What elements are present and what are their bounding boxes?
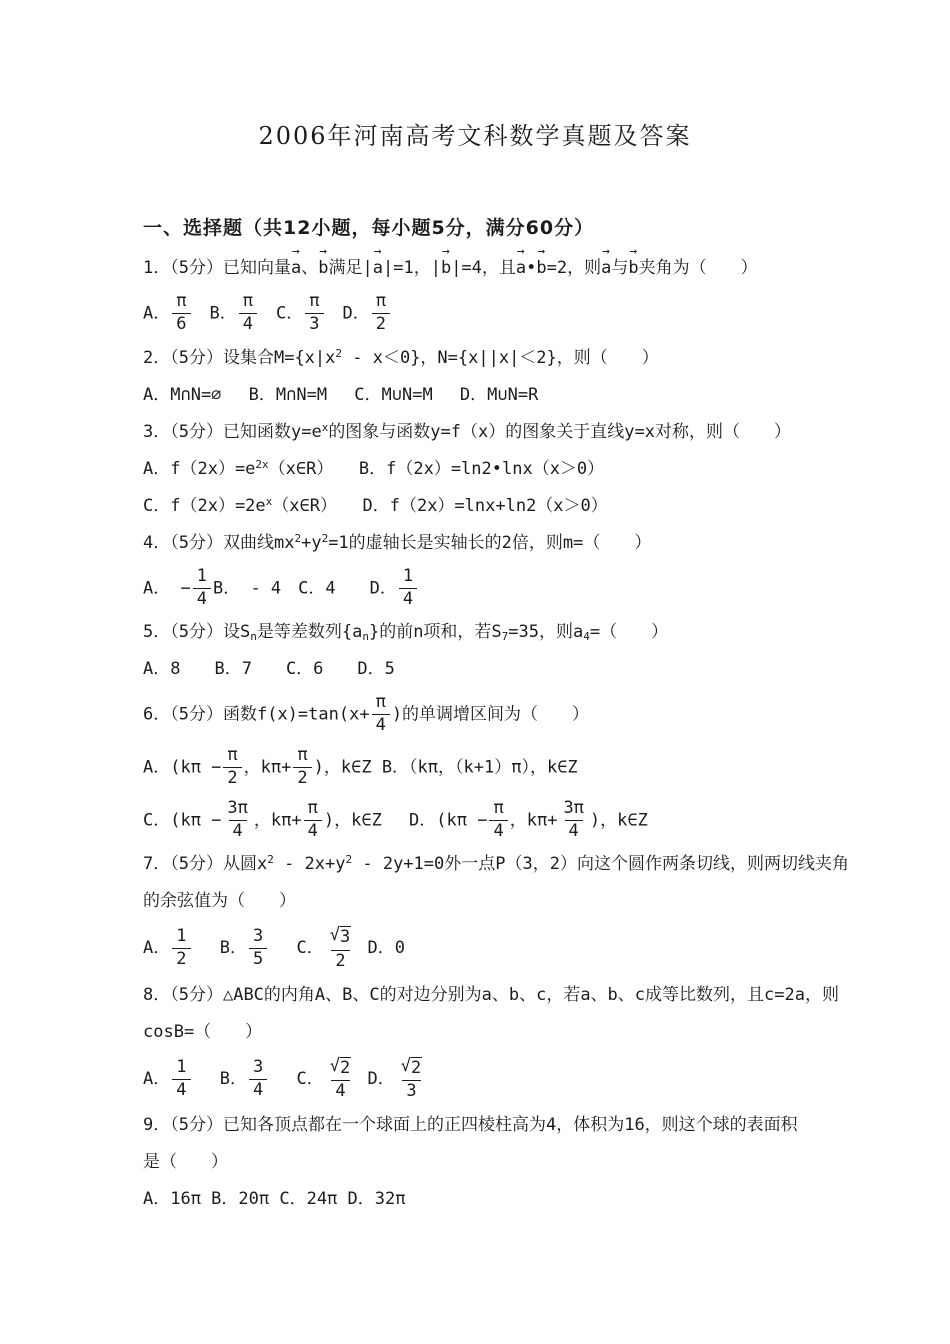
question-5: 5．（5分）设Sn是等差数列{an}的前n项和，若S7=35，则a4=（ ）A．… <box>143 620 895 682</box>
radicand: 2 <box>340 1057 351 1079</box>
text-run: 与 <box>611 258 628 278</box>
fraction-denominator: 3 <box>402 1080 420 1101</box>
text-run: - 2x+y <box>274 854 346 874</box>
text-run: 4．（5分）双曲线mx <box>143 533 294 553</box>
question-line: C．(kπ −3π4，kπ+π4)，k∈Z D．(kπ −π4，kπ+3π4)，… <box>143 800 895 841</box>
fraction-denominator: 2 <box>372 313 390 334</box>
question-line: 5．（5分）设Sn是等差数列{an}的前n项和，若S7=35，则a4=（ ） <box>143 620 895 645</box>
fraction: 3π4 <box>559 800 587 841</box>
text-run: 9．（5分）已知各顶点都在一个球面上的正四棱柱高为4，体积为16，则这个球的表面… <box>143 1115 798 1135</box>
vector: →b <box>318 256 328 281</box>
question-line: A．π6 B．π4 C．π3 D．π2 <box>143 293 895 334</box>
fraction-numerator: π <box>304 800 322 820</box>
fraction-denominator: 4 <box>229 820 247 841</box>
text-run: B． <box>193 939 247 959</box>
question-line: 9．（5分）已知各顶点都在一个球面上的正四棱柱高为4，体积为16，则这个球的表面… <box>143 1113 895 1138</box>
question-line: 3．（5分）已知函数y=ex的图象与函数y=f（x）的图象关于直线y=x对称，则… <box>143 420 895 445</box>
fraction-numerator: π <box>372 694 390 714</box>
question-line: A．14 B．34 C．√24 D．√23 <box>143 1057 895 1101</box>
vector: →a <box>601 256 611 281</box>
text-run: 满足| <box>328 258 372 278</box>
question-line: 1．（5分）已知向量→a、→b满足|→a|=1，|→b|=4，且→a•→b=2，… <box>143 256 895 281</box>
text-run: =（ ） <box>590 622 668 642</box>
question-line: 的余弦值为（ ） <box>143 889 895 914</box>
text-run: A． <box>143 303 170 323</box>
fraction-denominator: 6 <box>172 313 190 334</box>
text-run: cosB=（ ） <box>143 1022 262 1042</box>
fraction-numerator: √2 <box>397 1057 427 1081</box>
text-run: A．(kπ − <box>143 757 221 777</box>
fraction-numerator: π <box>172 293 190 313</box>
text-run: B． <box>193 303 237 323</box>
vector: →b <box>536 256 546 281</box>
vector-arrow-icon: → <box>517 246 525 259</box>
fraction-denominator: 4 <box>193 588 211 609</box>
fraction: 14 <box>172 1059 190 1100</box>
question-line: 2．（5分）设集合M={x|x2 - x＜0}，N={x||x|＜2}，则（ ） <box>143 346 895 371</box>
vector: →a <box>373 256 383 281</box>
text-run: A． − <box>143 578 191 598</box>
text-run: A． <box>143 939 170 959</box>
text-run: 夹角为（ ） <box>639 258 758 278</box>
fraction-numerator: π <box>239 293 257 313</box>
vector: →b <box>441 256 451 281</box>
text-run: )的单调增区间为（ ） <box>392 705 589 725</box>
fraction-numerator: π <box>223 747 241 767</box>
fraction: 12 <box>172 928 190 969</box>
fraction: π4 <box>489 800 507 841</box>
fraction: 34 <box>249 1059 267 1100</box>
text-run: A． <box>143 1069 170 1089</box>
vector: →a <box>291 256 301 281</box>
text-run: - x＜0}，N={x||x|＜2}，则（ ） <box>342 348 659 368</box>
question-3: 3．（5分）已知函数y=ex的图象与函数y=f（x）的图象关于直线y=x对称，则… <box>143 420 895 519</box>
fraction: √23 <box>397 1057 427 1101</box>
question-line: C．f（2x）=2ex（x∈R） D．f（2x）=lnx+ln2（x＞0） <box>143 494 895 519</box>
question-line: A．8 B．7 C．6 D．5 <box>143 657 895 682</box>
fraction: π4 <box>304 800 322 841</box>
fraction: π6 <box>172 293 190 334</box>
fraction-numerator: 1 <box>172 1059 190 1079</box>
text-run: 、 <box>301 258 318 278</box>
question-line: cosB=（ ） <box>143 1020 895 1045</box>
fraction-numerator: 3 <box>249 928 267 948</box>
text-run: 的图象与函数y=f（x）的图象关于直线y=x对称，则（ ） <box>328 422 791 442</box>
text-run: 是（ ） <box>143 1152 228 1172</box>
text-run: A．16π B．20π C．24π D．32π <box>143 1189 405 1209</box>
vector-arrow-icon: → <box>319 246 327 259</box>
fraction-numerator: 3π <box>223 800 251 820</box>
text-run: • <box>526 258 536 278</box>
vector-letter: b <box>318 258 328 278</box>
fraction-denominator: 2 <box>293 767 311 788</box>
question-line: A．16π B．20π C．24π D．32π <box>143 1187 895 1212</box>
radical-icon: √ <box>401 1057 411 1077</box>
question-4: 4．（5分）双曲线mx2+y2=1的虚轴长是实轴长的2倍，则m=（ ）A． −1… <box>143 531 895 609</box>
text-run: ，kπ+ <box>244 757 292 777</box>
text-run: D． <box>357 1069 394 1089</box>
text-run: )，k∈Z D．(kπ − <box>324 810 488 830</box>
text-run: C． <box>269 939 323 959</box>
text-run: )，k∈Z <box>590 810 648 830</box>
text-run: ，kπ+ <box>254 810 302 830</box>
fraction: √32 <box>326 926 356 970</box>
text-run: 1．（5分）已知向量 <box>143 258 291 278</box>
fraction-denominator: 4 <box>304 820 322 841</box>
text-run: =35，则a <box>508 622 583 642</box>
text-run: C． <box>269 1069 323 1089</box>
radical-icon: √ <box>330 926 340 946</box>
text-run: 8．（5分）△ABC的内角A、B、C的对边分别为a、b、c，若a、b、c成等比数… <box>143 985 839 1005</box>
vector: →a <box>516 256 526 281</box>
question-1: 1．（5分）已知向量→a、→b满足|→a|=1，|→b|=4，且→a•→b=2，… <box>143 256 895 334</box>
fraction-denominator: 4 <box>172 1079 190 1100</box>
text-run: C．f（2x）=2e <box>143 496 266 516</box>
fraction: π3 <box>305 293 323 334</box>
text-run: 3．（5分）已知函数y=e <box>143 422 322 442</box>
fraction-numerator: π <box>372 293 390 313</box>
question-line: A．(kπ −π2，kπ+π2)，k∈Z B．（kπ，（k+1）π），k∈Z <box>143 747 895 788</box>
text-run: 6．（5分）函数f(x)=tan(x+ <box>143 705 370 725</box>
fraction-denominator: 4 <box>399 588 417 609</box>
fraction-numerator: π <box>293 747 311 767</box>
fraction-denominator: 2 <box>172 948 190 969</box>
question-line: 7．（5分）从圆x2 - 2x+y2 - 2y+1=0外一点P（3，2）向这个圆… <box>143 852 895 877</box>
fraction-denominator: 4 <box>565 820 583 841</box>
text-run: - 2y+1=0外一点P（3，2）向这个圆作两条切线，则两切线夹角 <box>352 854 849 874</box>
text-run: D．0 <box>357 939 405 959</box>
fraction-numerator: √2 <box>326 1057 356 1081</box>
question-6: 6．（5分）函数f(x)=tan(x+π4)的单调增区间为（ ）A．(kπ −π… <box>143 694 895 840</box>
text-run: =1的虚轴长是实轴长的2倍，则m=（ ） <box>328 533 651 553</box>
text-run: A．M∩N=∅ B．M∩N=M C．M∪N=M D．M∪N=R <box>143 385 538 405</box>
text-run: A．f（2x）=e <box>143 459 255 479</box>
fraction-denominator: 2 <box>331 950 349 971</box>
subscript: n <box>250 630 257 643</box>
fraction-numerator: 3π <box>559 800 587 820</box>
fraction-numerator: π <box>489 800 507 820</box>
superscript: 2x <box>255 458 268 471</box>
superscript: 2 <box>267 853 274 866</box>
vector-letter: b <box>536 258 546 278</box>
text-run: 是等差数列{a <box>257 622 362 642</box>
fraction-denominator: 4 <box>239 313 257 334</box>
fraction: 3π4 <box>223 800 251 841</box>
text-run: C．(kπ − <box>143 810 221 830</box>
question-line: 8．（5分）△ABC的内角A、B、C的对边分别为a、b、c，若a、b、c成等比数… <box>143 983 895 1008</box>
vector-arrow-icon: → <box>537 246 545 259</box>
fraction-denominator: 3 <box>305 313 323 334</box>
fraction-denominator: 4 <box>331 1080 349 1101</box>
fraction: √24 <box>326 1057 356 1101</box>
vector-arrow-icon: → <box>442 246 450 259</box>
question-8: 8．（5分）△ABC的内角A、B、C的对边分别为a、b、c，若a、b、c成等比数… <box>143 983 895 1101</box>
text-run: D． <box>326 303 370 323</box>
question-line: A． −14B． - 4 C．4 D．14 <box>143 568 895 609</box>
fraction-denominator: 5 <box>249 948 267 969</box>
text-run: A．8 B．7 C．6 D．5 <box>143 659 395 679</box>
fraction: π2 <box>293 747 311 788</box>
fraction-numerator: √3 <box>326 926 356 950</box>
vector-arrow-icon: → <box>292 246 300 259</box>
question-2: 2．（5分）设集合M={x|x2 - x＜0}，N={x||x|＜2}，则（ ）… <box>143 346 895 408</box>
text-run: （x∈R） B．f（2x）=ln2•lnx（x＞0） <box>269 459 605 479</box>
fraction-denominator: 4 <box>249 1079 267 1100</box>
sqrt: √2 <box>401 1057 423 1079</box>
question-list: 1．（5分）已知向量→a、→b满足|→a|=1，|→b|=4，且→a•→b=2，… <box>143 256 895 1212</box>
vector: →b <box>628 256 638 281</box>
fraction-numerator: 1 <box>193 568 211 588</box>
subscript: n <box>362 630 369 643</box>
fraction-denominator: 4 <box>372 714 390 735</box>
question-line: 4．（5分）双曲线mx2+y2=1的虚轴长是实轴长的2倍，则m=（ ） <box>143 531 895 556</box>
vector-letter: a <box>373 258 383 278</box>
fraction: π4 <box>239 293 257 334</box>
vector-letter: a <box>601 258 611 278</box>
sqrt: √2 <box>330 1057 352 1079</box>
text-run: 7．（5分）从圆x <box>143 854 267 874</box>
text-run: +y <box>301 533 321 553</box>
text-run: |=1，| <box>383 258 441 278</box>
sqrt: √3 <box>330 926 352 948</box>
document-page: 2006年河南高考文科数学真题及答案 一、选择题（共12小题，每小题5分，满分6… <box>0 0 950 1212</box>
fraction: π2 <box>223 747 241 788</box>
text-run: （x∈R） D．f（2x）=lnx+ln2（x＞0） <box>272 496 608 516</box>
question-7: 7．（5分）从圆x2 - 2x+y2 - 2y+1=0外一点P（3，2）向这个圆… <box>143 852 895 970</box>
fraction-numerator: 1 <box>399 568 417 588</box>
vector-arrow-icon: → <box>602 246 610 259</box>
question-9: 9．（5分）已知各顶点都在一个球面上的正四棱柱高为4，体积为16，则这个球的表面… <box>143 1113 895 1212</box>
subscript: 4 <box>583 630 590 643</box>
fraction: 14 <box>193 568 211 609</box>
text-run: =2，则 <box>547 258 601 278</box>
text-run: }的前n项和，若S <box>369 622 502 642</box>
vector-letter: b <box>441 258 451 278</box>
text-run: 5．（5分）设S <box>143 622 250 642</box>
page-title: 2006年河南高考文科数学真题及答案 <box>0 116 950 151</box>
vector-letter: a <box>291 258 301 278</box>
section-header: 一、选择题（共12小题，每小题5分，满分60分） <box>143 213 895 240</box>
text-run: 2．（5分）设集合M={x|x <box>143 348 335 368</box>
text-run: )，k∈Z B．（kπ，（k+1）π），k∈Z <box>314 757 578 777</box>
fraction-numerator: 3 <box>249 1059 267 1079</box>
text-run: 的余弦值为（ ） <box>143 891 296 911</box>
fraction: π2 <box>372 293 390 334</box>
text-run: |=4，且 <box>451 258 516 278</box>
fraction-denominator: 2 <box>223 767 241 788</box>
fraction-numerator: 1 <box>172 928 190 948</box>
fraction: 35 <box>249 928 267 969</box>
question-line: A．M∩N=∅ B．M∩N=M C．M∪N=M D．M∪N=R <box>143 383 895 408</box>
text-run: ，kπ+ <box>510 810 558 830</box>
radical-icon: √ <box>330 1057 340 1077</box>
text-run: B． - 4 C．4 D． <box>213 578 397 598</box>
fraction-denominator: 4 <box>489 820 507 841</box>
question-line: 6．（5分）函数f(x)=tan(x+π4)的单调增区间为（ ） <box>143 694 895 735</box>
fraction: 14 <box>399 568 417 609</box>
vector-arrow-icon: → <box>374 246 382 259</box>
question-line: 是（ ） <box>143 1150 895 1175</box>
fraction-numerator: π <box>305 293 323 313</box>
radicand: 2 <box>411 1057 422 1079</box>
question-line: A．12 B．35 C．√32 D．0 <box>143 926 895 970</box>
fraction: π4 <box>372 694 390 735</box>
text-run: C． <box>259 303 303 323</box>
vector-letter: a <box>516 258 526 278</box>
text-run: B． <box>193 1069 247 1089</box>
vector-letter: b <box>628 258 638 278</box>
radicand: 3 <box>340 926 351 948</box>
vector-arrow-icon: → <box>629 246 637 259</box>
question-line: A．f（2x）=e2x（x∈R） B．f（2x）=ln2•lnx（x＞0） <box>143 457 895 482</box>
